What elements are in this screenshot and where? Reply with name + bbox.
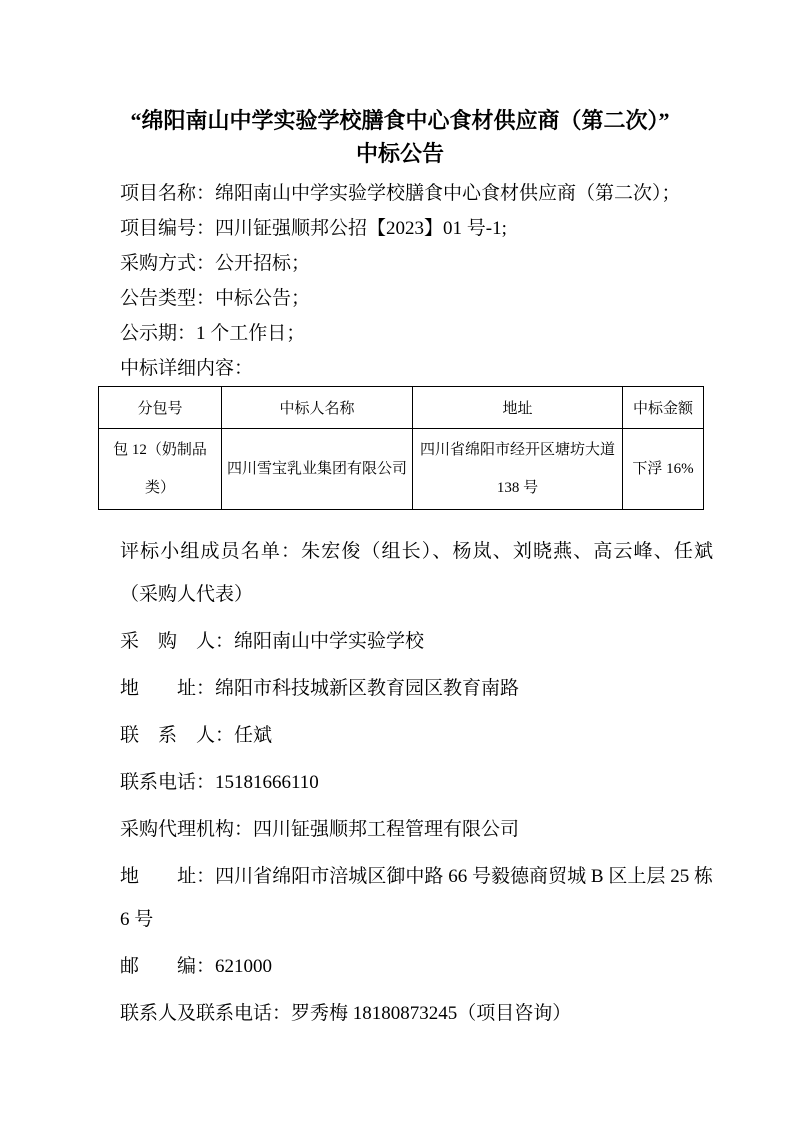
field-value: 621000 — [215, 956, 272, 977]
field-label: 采购方式： — [120, 253, 215, 274]
field-value: 任斌 — [234, 725, 272, 746]
field-procurement-method: 采购方式：公开招标； — [98, 246, 713, 281]
field-evaluation-committee: 评标小组成员名单：朱宏俊（组长）、杨岚、刘晓燕、高云峰、任斌（采购人代表） — [98, 530, 713, 616]
field-procurement-agency: 采购代理机构：四川钲强顺邦工程管理有限公司 — [98, 808, 713, 851]
field-value: 1 个工作日； — [196, 323, 305, 344]
field-label: 项目名称： — [120, 183, 215, 204]
field-value: 绵阳南山中学实验学校膳食中心食材供应商（第二次）； — [215, 183, 681, 204]
award-table: 分包号 中标人名称 地址 中标金额 包 12（奶制品类） 四川雪宝乳业集团有限公… — [98, 386, 704, 510]
field-purchaser-address: 地 址：绵阳市科技城新区教育园区教育南路 — [98, 667, 713, 710]
field-label: 邮 编： — [120, 956, 215, 977]
field-value: 罗秀梅 18180873245（项目咨询） — [291, 1003, 571, 1024]
header-address: 地址 — [413, 387, 623, 429]
field-value: 四川钲强顺邦公招【2023】01 号-1; — [215, 218, 507, 239]
table-row: 包 12（奶制品类） 四川雪宝乳业集团有限公司 四川省绵阳市经开区塘坊大道 13… — [99, 429, 704, 510]
document-page: “绵阳南山中学实验学校膳食中心食材供应商（第二次）” 中标公告 项目名称：绵阳南… — [0, 0, 800, 1131]
field-label: 采 购 人： — [120, 631, 234, 652]
field-announcement-type: 公告类型：中标公告； — [98, 281, 713, 316]
field-label: 采购代理机构： — [120, 819, 253, 840]
field-label: 公示期： — [120, 323, 196, 344]
field-contact-phone: 联系电话：15181666110 — [98, 761, 713, 804]
field-value: 中标公告； — [215, 288, 310, 309]
field-label: 公告类型： — [120, 288, 215, 309]
field-project-name: 项目名称：绵阳南山中学实验学校膳食中心食材供应商（第二次）； — [98, 176, 713, 211]
cell-address: 四川省绵阳市经开区塘坊大道 138 号 — [413, 429, 623, 510]
title-line-2: 中标公告 — [60, 137, 740, 170]
field-value: 公开招标； — [215, 253, 310, 274]
header-package-number: 分包号 — [99, 387, 222, 429]
field-value: 四川钲强顺邦工程管理有限公司 — [253, 819, 519, 840]
field-label: 地 址： — [120, 866, 215, 887]
title-line-1: “绵阳南山中学实验学校膳食中心食材供应商（第二次）” — [60, 104, 740, 137]
header-winner-name: 中标人名称 — [222, 387, 413, 429]
field-label: 评标小组成员名单： — [120, 541, 301, 562]
field-agency-address: 地 址：四川省绵阳市涪城区御中路 66 号毅德商贸城 B 区上层 25 栋 6 … — [98, 855, 713, 941]
field-label: 联系电话： — [120, 772, 215, 793]
document-body: 项目名称：绵阳南山中学实验学校膳食中心食材供应商（第二次）； 项目编号：四川钲强… — [98, 176, 713, 1035]
field-publicity-period: 公示期：1 个工作日； — [98, 316, 713, 351]
award-details-heading: 中标详细内容： — [98, 351, 713, 386]
field-contact-person: 联 系 人：任斌 — [98, 714, 713, 757]
cell-award-amount: 下浮 16% — [623, 429, 704, 510]
field-agency-contact-phone: 联系人及联系电话：罗秀梅 18180873245（项目咨询） — [98, 992, 713, 1035]
field-label: 联系人及联系电话： — [120, 1003, 291, 1024]
header-award-amount: 中标金额 — [623, 387, 704, 429]
field-label: 项目编号： — [120, 218, 215, 239]
contact-section: 评标小组成员名单：朱宏俊（组长）、杨岚、刘晓燕、高云峰、任斌（采购人代表） 采 … — [98, 530, 713, 1035]
field-label: 联 系 人： — [120, 725, 234, 746]
field-value: 15181666110 — [215, 772, 319, 793]
document-title: “绵阳南山中学实验学校膳食中心食材供应商（第二次）” 中标公告 — [60, 104, 740, 170]
field-project-number: 项目编号：四川钲强顺邦公招【2023】01 号-1; — [98, 211, 713, 246]
field-value: 绵阳市科技城新区教育园区教育南路 — [215, 678, 519, 699]
cell-package-number: 包 12（奶制品类） — [99, 429, 222, 510]
field-postal-code: 邮 编：621000 — [98, 945, 713, 988]
field-label: 地 址： — [120, 678, 215, 699]
field-value: 绵阳南山中学实验学校 — [234, 631, 424, 652]
table-header-row: 分包号 中标人名称 地址 中标金额 — [99, 387, 704, 429]
field-purchaser: 采 购 人：绵阳南山中学实验学校 — [98, 620, 713, 663]
cell-winner-name: 四川雪宝乳业集团有限公司 — [222, 429, 413, 510]
